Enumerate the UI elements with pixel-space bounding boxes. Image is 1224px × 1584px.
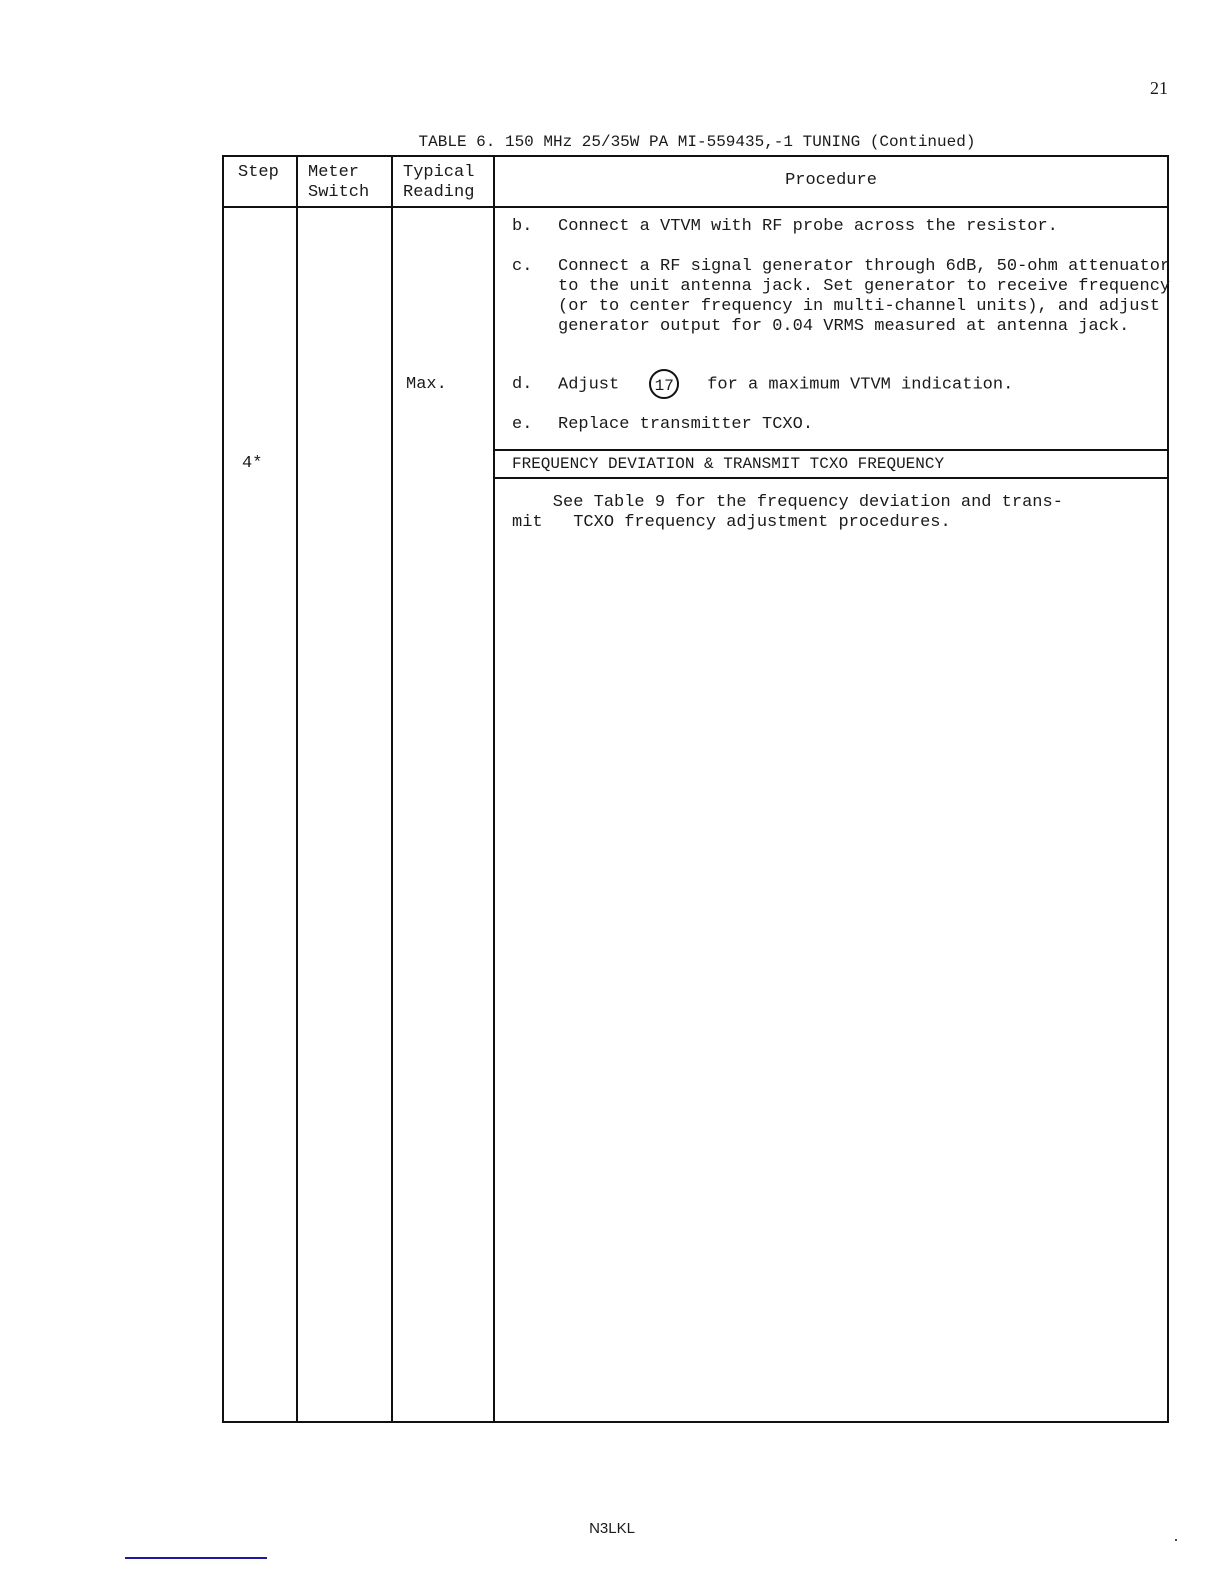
callout-17-icon: 17 bbox=[649, 369, 679, 399]
step-label: d. bbox=[512, 375, 532, 395]
step-label: b. bbox=[512, 217, 532, 237]
step-text: Replace transmitter TCXO. bbox=[558, 415, 1168, 435]
column-divider bbox=[391, 157, 393, 1421]
table-caption: TABLE 6. 150 MHz 25/35W PA MI-559435,-1 … bbox=[222, 133, 1172, 151]
step-text: Connect a VTVM with RF probe across the … bbox=[558, 217, 1168, 237]
header-procedure: Procedure bbox=[495, 171, 1167, 191]
page-number: 21 bbox=[1150, 78, 1168, 99]
row-divider bbox=[495, 477, 1167, 479]
step-text-before: Adjust bbox=[558, 375, 619, 394]
step-text: Adjust17for a maximum VTVM indication. bbox=[558, 369, 1168, 399]
row-divider bbox=[495, 449, 1167, 451]
footer-text: N3LKL bbox=[0, 1520, 1224, 1537]
header-meter-line2: Switch bbox=[308, 183, 369, 203]
step-text-after: for a maximum VTVM indication. bbox=[707, 375, 1013, 394]
step-number: 4* bbox=[242, 454, 262, 474]
header-typical-line1: Typical bbox=[403, 163, 474, 183]
footer-link-underline[interactable] bbox=[125, 1557, 267, 1559]
scan-speck bbox=[1175, 1539, 1177, 1541]
header-meter-line1: Meter bbox=[308, 163, 359, 183]
header-typical-line2: Reading bbox=[403, 183, 474, 203]
section-text-line1: See Table 9 for the frequency deviation … bbox=[512, 493, 1063, 513]
column-divider bbox=[493, 157, 495, 1421]
step-text: Connect a RF signal generator through 6d… bbox=[558, 257, 1178, 337]
section-text-line2: mit TCXO frequency adjustment procedures… bbox=[512, 513, 951, 533]
header-step: Step bbox=[238, 163, 279, 183]
header-divider bbox=[224, 206, 1167, 208]
step-label: c. bbox=[512, 257, 532, 277]
tuning-table: Step Meter Switch Typical Reading Proced… bbox=[222, 155, 1169, 1423]
section-title: FREQUENCY DEVIATION & TRANSMIT TCXO FREQ… bbox=[512, 454, 944, 474]
step-label: e. bbox=[512, 415, 532, 435]
typical-reading-max: Max. bbox=[406, 375, 447, 395]
column-divider bbox=[296, 157, 298, 1421]
